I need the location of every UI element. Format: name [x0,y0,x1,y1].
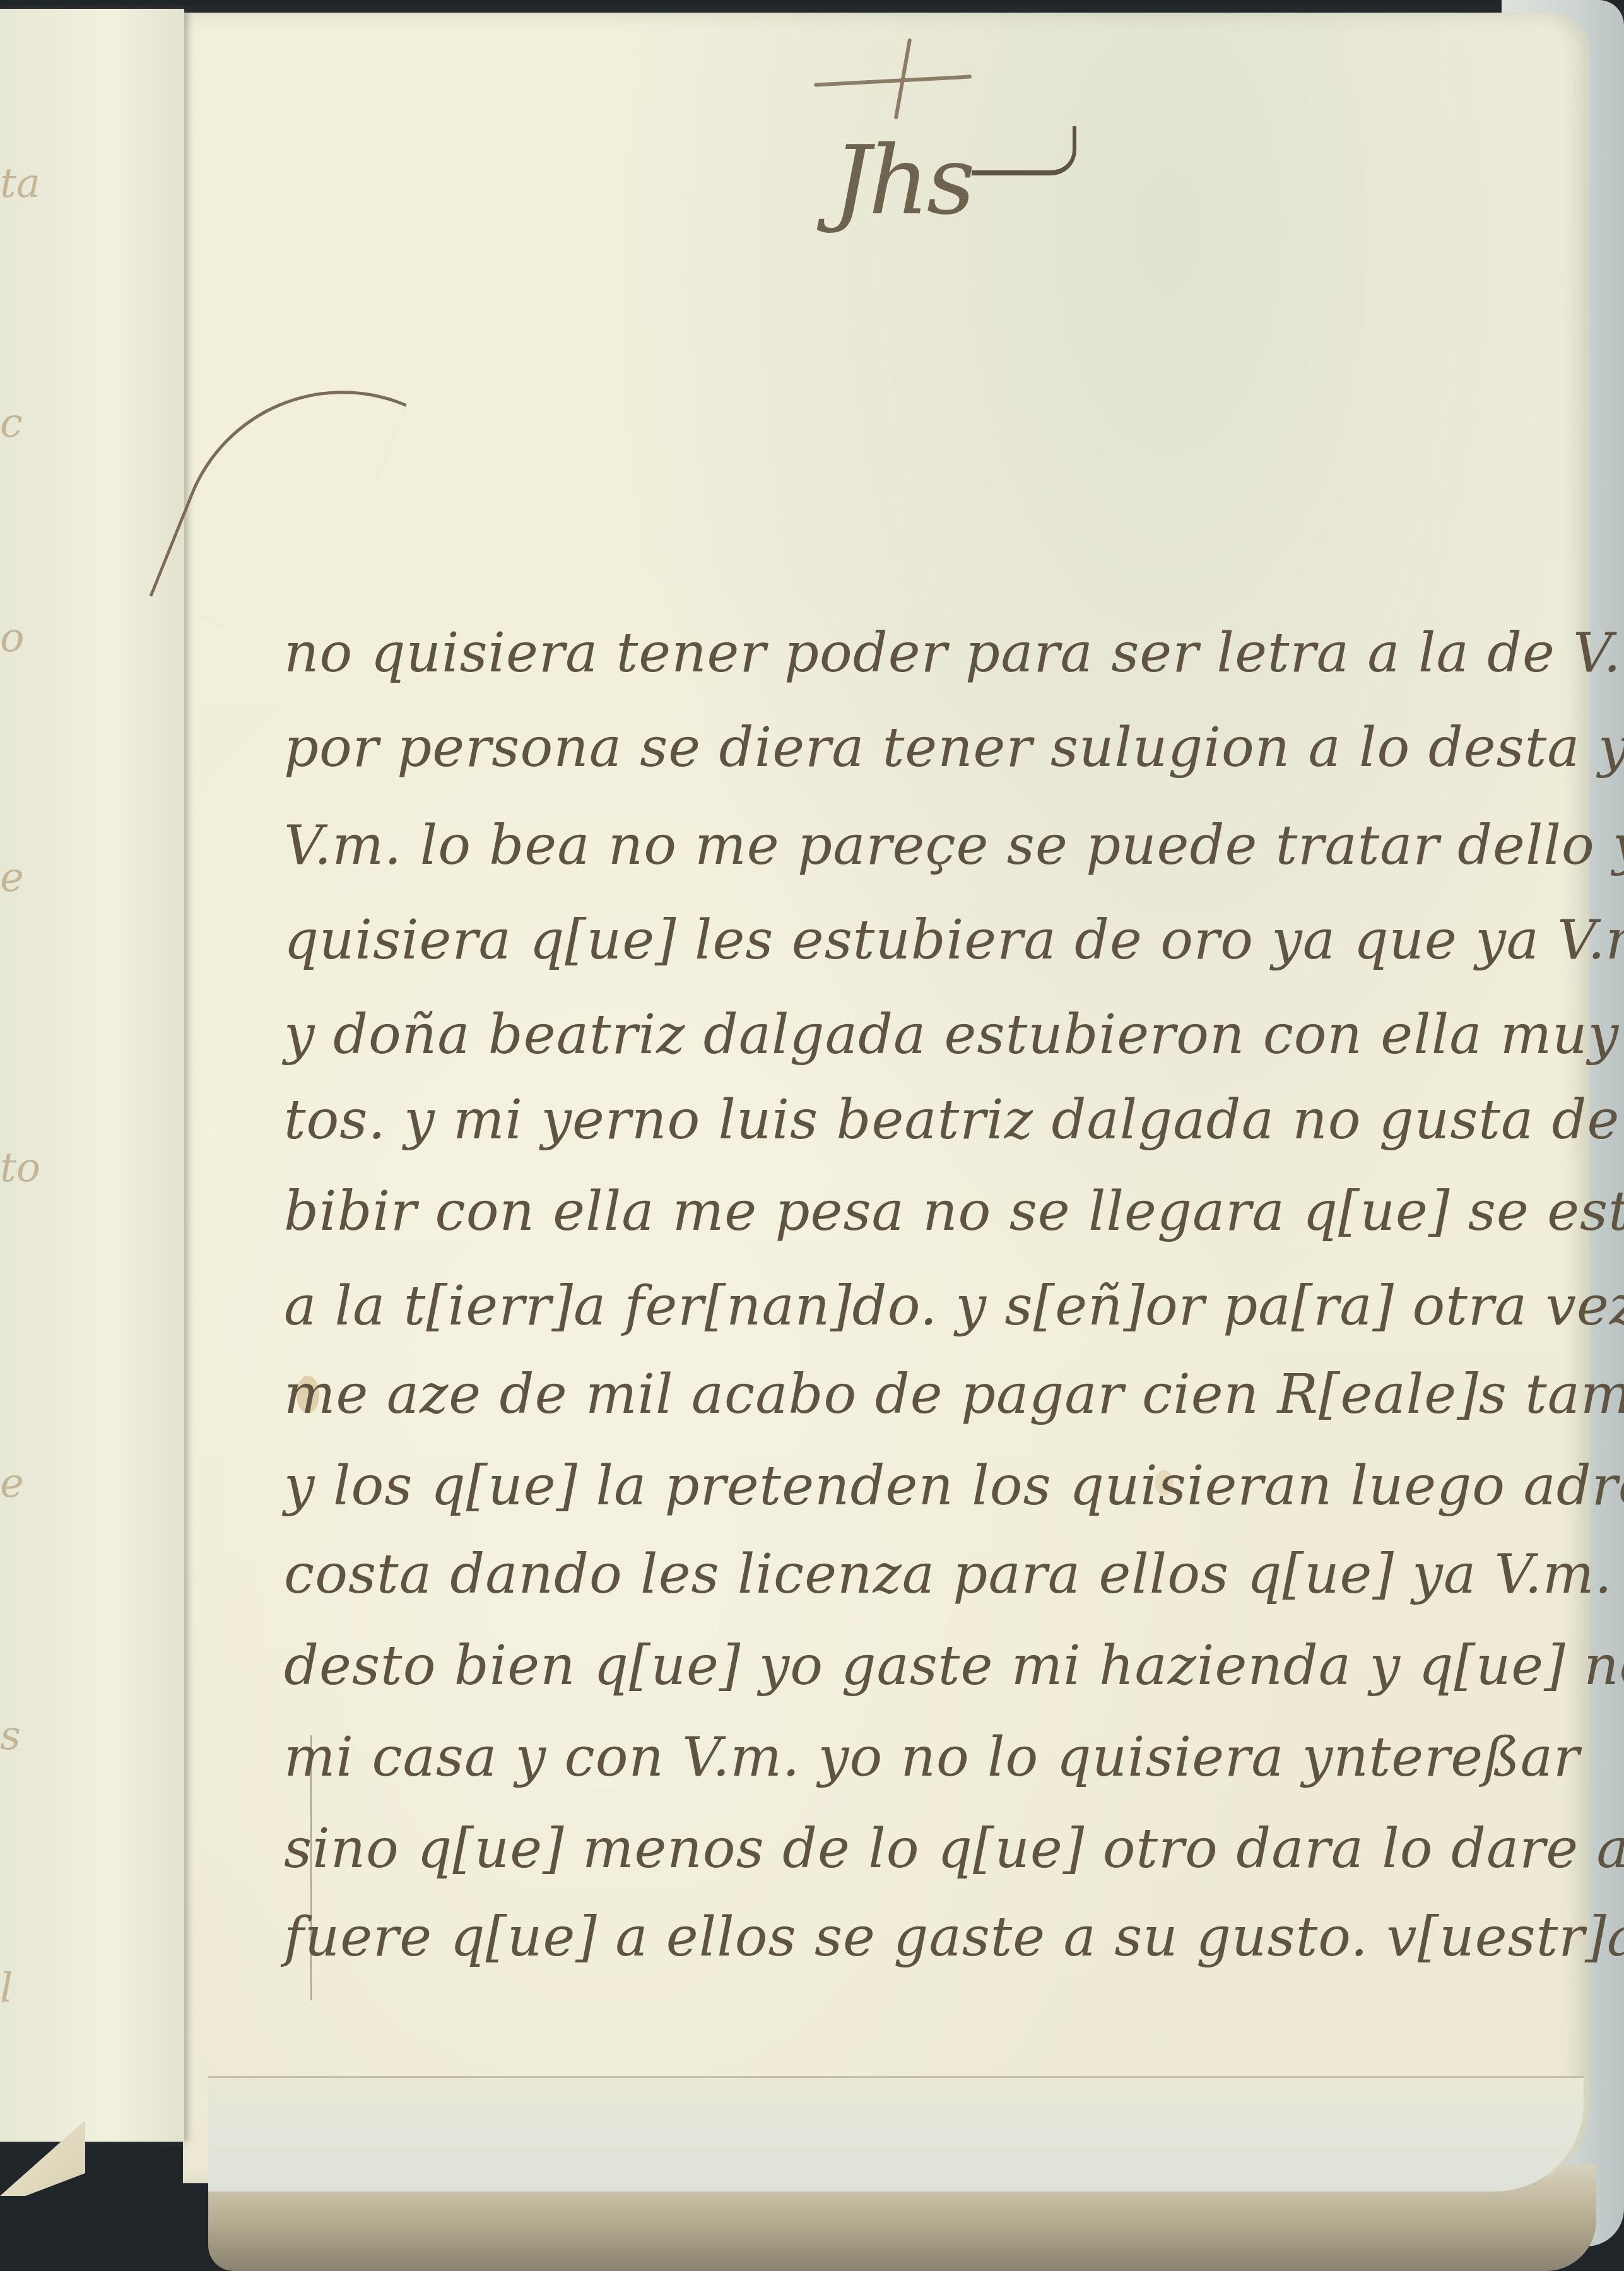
text-line: sino q[ue] menos de lo q[ue] otro dara l… [284,1817,1624,1880]
text-line: y doña beatriz dalgada estubieron con el… [284,1003,1624,1066]
text-line: por persona se diera tener sulugion a lo… [284,716,1624,779]
bleed-through-text [1211,107,1225,159]
bleed-fragment: s [0,1713,21,1759]
flourish-icon [972,126,1076,175]
bleed-fragment: l [0,1965,13,2012]
water-stained-margin [208,2076,1584,2191]
invocation-jhs: Jhs [833,126,973,236]
bleed-fragment: to [0,1145,40,1191]
text-line: bibir con ella me pesa no se llegara q[u… [284,1180,1624,1243]
bleed-fragment: ta [0,160,40,207]
text-line: costa dando les licenza para ellos q[ue]… [284,1543,1624,1606]
text-line: desto bien q[ue] yo gaste mi hazienda y … [284,1634,1624,1697]
text-line: V.m. lo bea no me pareçe se puede tratar… [284,814,1624,877]
text-line: tos. y mi yerno luis beatriz dalgada no … [284,1088,1620,1152]
folded-page-strip: ta c o e to e s l [0,9,184,2142]
text-line: no quisiera tener poder para ser letra a… [284,622,1624,685]
text-line: quisiera q[ue] les estubiera de oro ya q… [284,909,1624,972]
bleed-fragment: e [0,854,24,901]
text-line: me aze de mil acabo de pagar cien R[eale… [284,1363,1624,1426]
bleed-fragment: c [0,400,23,447]
text-line: mi casa y con V.m. yo no lo quisiera ynt… [284,1726,1580,1789]
text-line: a la t[ierr]a fer[nan]do. y s[eñ]or pa[r… [284,1275,1624,1338]
text-line: y los q[ue] la pretenden los quisieran l… [284,1454,1624,1518]
text-line: fuere q[ue] a ellos se gaste a su gusto.… [284,1906,1624,1969]
bleed-fragment: o [0,615,25,661]
bleed-fragment: e [0,1460,24,1507]
